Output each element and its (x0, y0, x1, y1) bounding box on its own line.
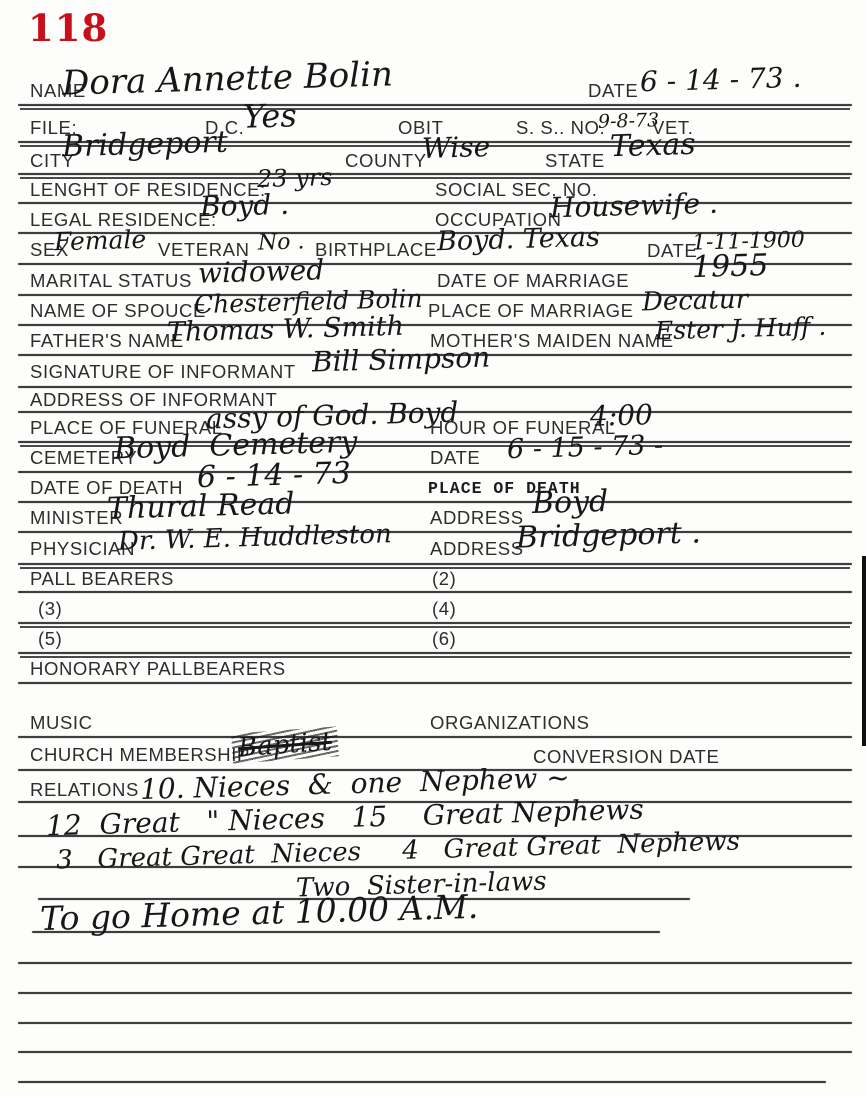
organizations-label: ORGANIZATIONS (430, 712, 590, 734)
physician-address-value: Bridgeport . (516, 518, 702, 553)
record-date-value: 6 - 14 - 73 . (640, 64, 802, 96)
pall-bearer-slot-3: (3) (38, 598, 62, 620)
pall-bearer-slot-5: (5) (38, 628, 62, 650)
funeral-date-value: 6 - 15 - 73 - (507, 432, 664, 463)
name-value: Dora Annette Bolin (62, 57, 394, 100)
ruled-line (18, 386, 852, 388)
relations-label: RELATIONS (30, 779, 139, 801)
hour-of-funeral-value: 4:00 (590, 401, 654, 431)
place-of-marriage-label: PLACE OF MARRIAGE (428, 300, 634, 322)
marital-status-label: MARITAL STATUS (30, 270, 192, 292)
ruled-line (18, 1022, 852, 1024)
relations-line-5: To go Home at 10.00 A.M. (40, 890, 479, 935)
minister-address-label: ADDRESS (430, 507, 524, 529)
county-value: Wise (422, 133, 491, 163)
funeral-date-label: DATE (430, 447, 480, 469)
signature-of-informant-value: Bill Simpson (312, 344, 491, 377)
physician-value: Dr. W. E. Huddleston (118, 521, 392, 555)
occupation-value: Housewife . (550, 190, 719, 223)
fathers-name-label: FATHER'S NAME (30, 330, 184, 352)
veteran-value: No . (258, 231, 305, 254)
length-of-residence-value: 23 yrs (257, 165, 333, 191)
honorary-pallbearers-label: HONORARY PALLBEARERS (30, 658, 286, 680)
sex-value: Female (54, 227, 147, 255)
pall-bearers-label: PALL BEARERS (30, 568, 174, 590)
music-label: MUSIC (30, 712, 93, 734)
state-label: STATE (545, 150, 605, 172)
signature-of-informant-label: SIGNATURE OF INFORMANT (30, 361, 296, 383)
page-number: 118 (28, 6, 108, 50)
minister-value: Thural Read (107, 489, 295, 524)
place-of-marriage-value: Decatur (642, 287, 749, 316)
church-membership-struck-value: Baptist (231, 726, 339, 763)
church-membership-label: CHURCH MEMBERSHIP (30, 744, 250, 766)
birth-date-label: DATE (647, 240, 697, 262)
physician-address-label: ADDRESS (430, 538, 524, 560)
birthplace-value: Boyd. Texas (437, 224, 601, 256)
minister-address-value: Boyd (532, 487, 609, 519)
ruled-line (18, 173, 852, 175)
pall-bearer-slot-2: (2) (432, 568, 456, 590)
date-of-marriage-label: DATE OF MARRIAGE (437, 270, 629, 292)
date-of-marriage-value: 1955 (692, 251, 769, 283)
record-date-label: DATE (588, 80, 638, 102)
pall-bearer-slot-6: (6) (432, 628, 456, 650)
ruled-line (18, 591, 852, 593)
pall-bearer-slot-4: (4) (432, 598, 456, 620)
ruled-line (18, 622, 852, 624)
ruled-line (18, 992, 852, 994)
ruled-line (18, 471, 852, 473)
ruled-line (18, 1051, 852, 1053)
state-value: Texas (610, 130, 696, 162)
scan-edge-artifact (862, 556, 866, 746)
dc-value: Yes (243, 99, 298, 132)
ruled-line (18, 563, 852, 565)
ruled-line (18, 104, 852, 106)
city-value: Bridgeport (62, 128, 229, 163)
legal-residence-value: Boyd . (200, 191, 290, 221)
ruled-line (18, 1081, 826, 1083)
ruled-line (18, 202, 852, 204)
funeral-record-card: 118 NAME Dora Annette Bolin DATE 6 - 14 … (0, 0, 866, 1096)
ruled-line (18, 652, 852, 654)
fathers-name-value: Thomas W. Smith (167, 313, 405, 347)
ruled-line (18, 962, 852, 964)
birthplace-label: BIRTHPLACE (315, 239, 437, 261)
ruled-line (18, 682, 852, 684)
ssno-label: S. S.. NO. (516, 117, 605, 139)
ruled-line (18, 736, 852, 738)
marital-status-value: widowed (198, 256, 325, 288)
county-label: COUNTY (345, 150, 427, 172)
mothers-maiden-name-value: Ester J. Huff . (655, 314, 827, 344)
